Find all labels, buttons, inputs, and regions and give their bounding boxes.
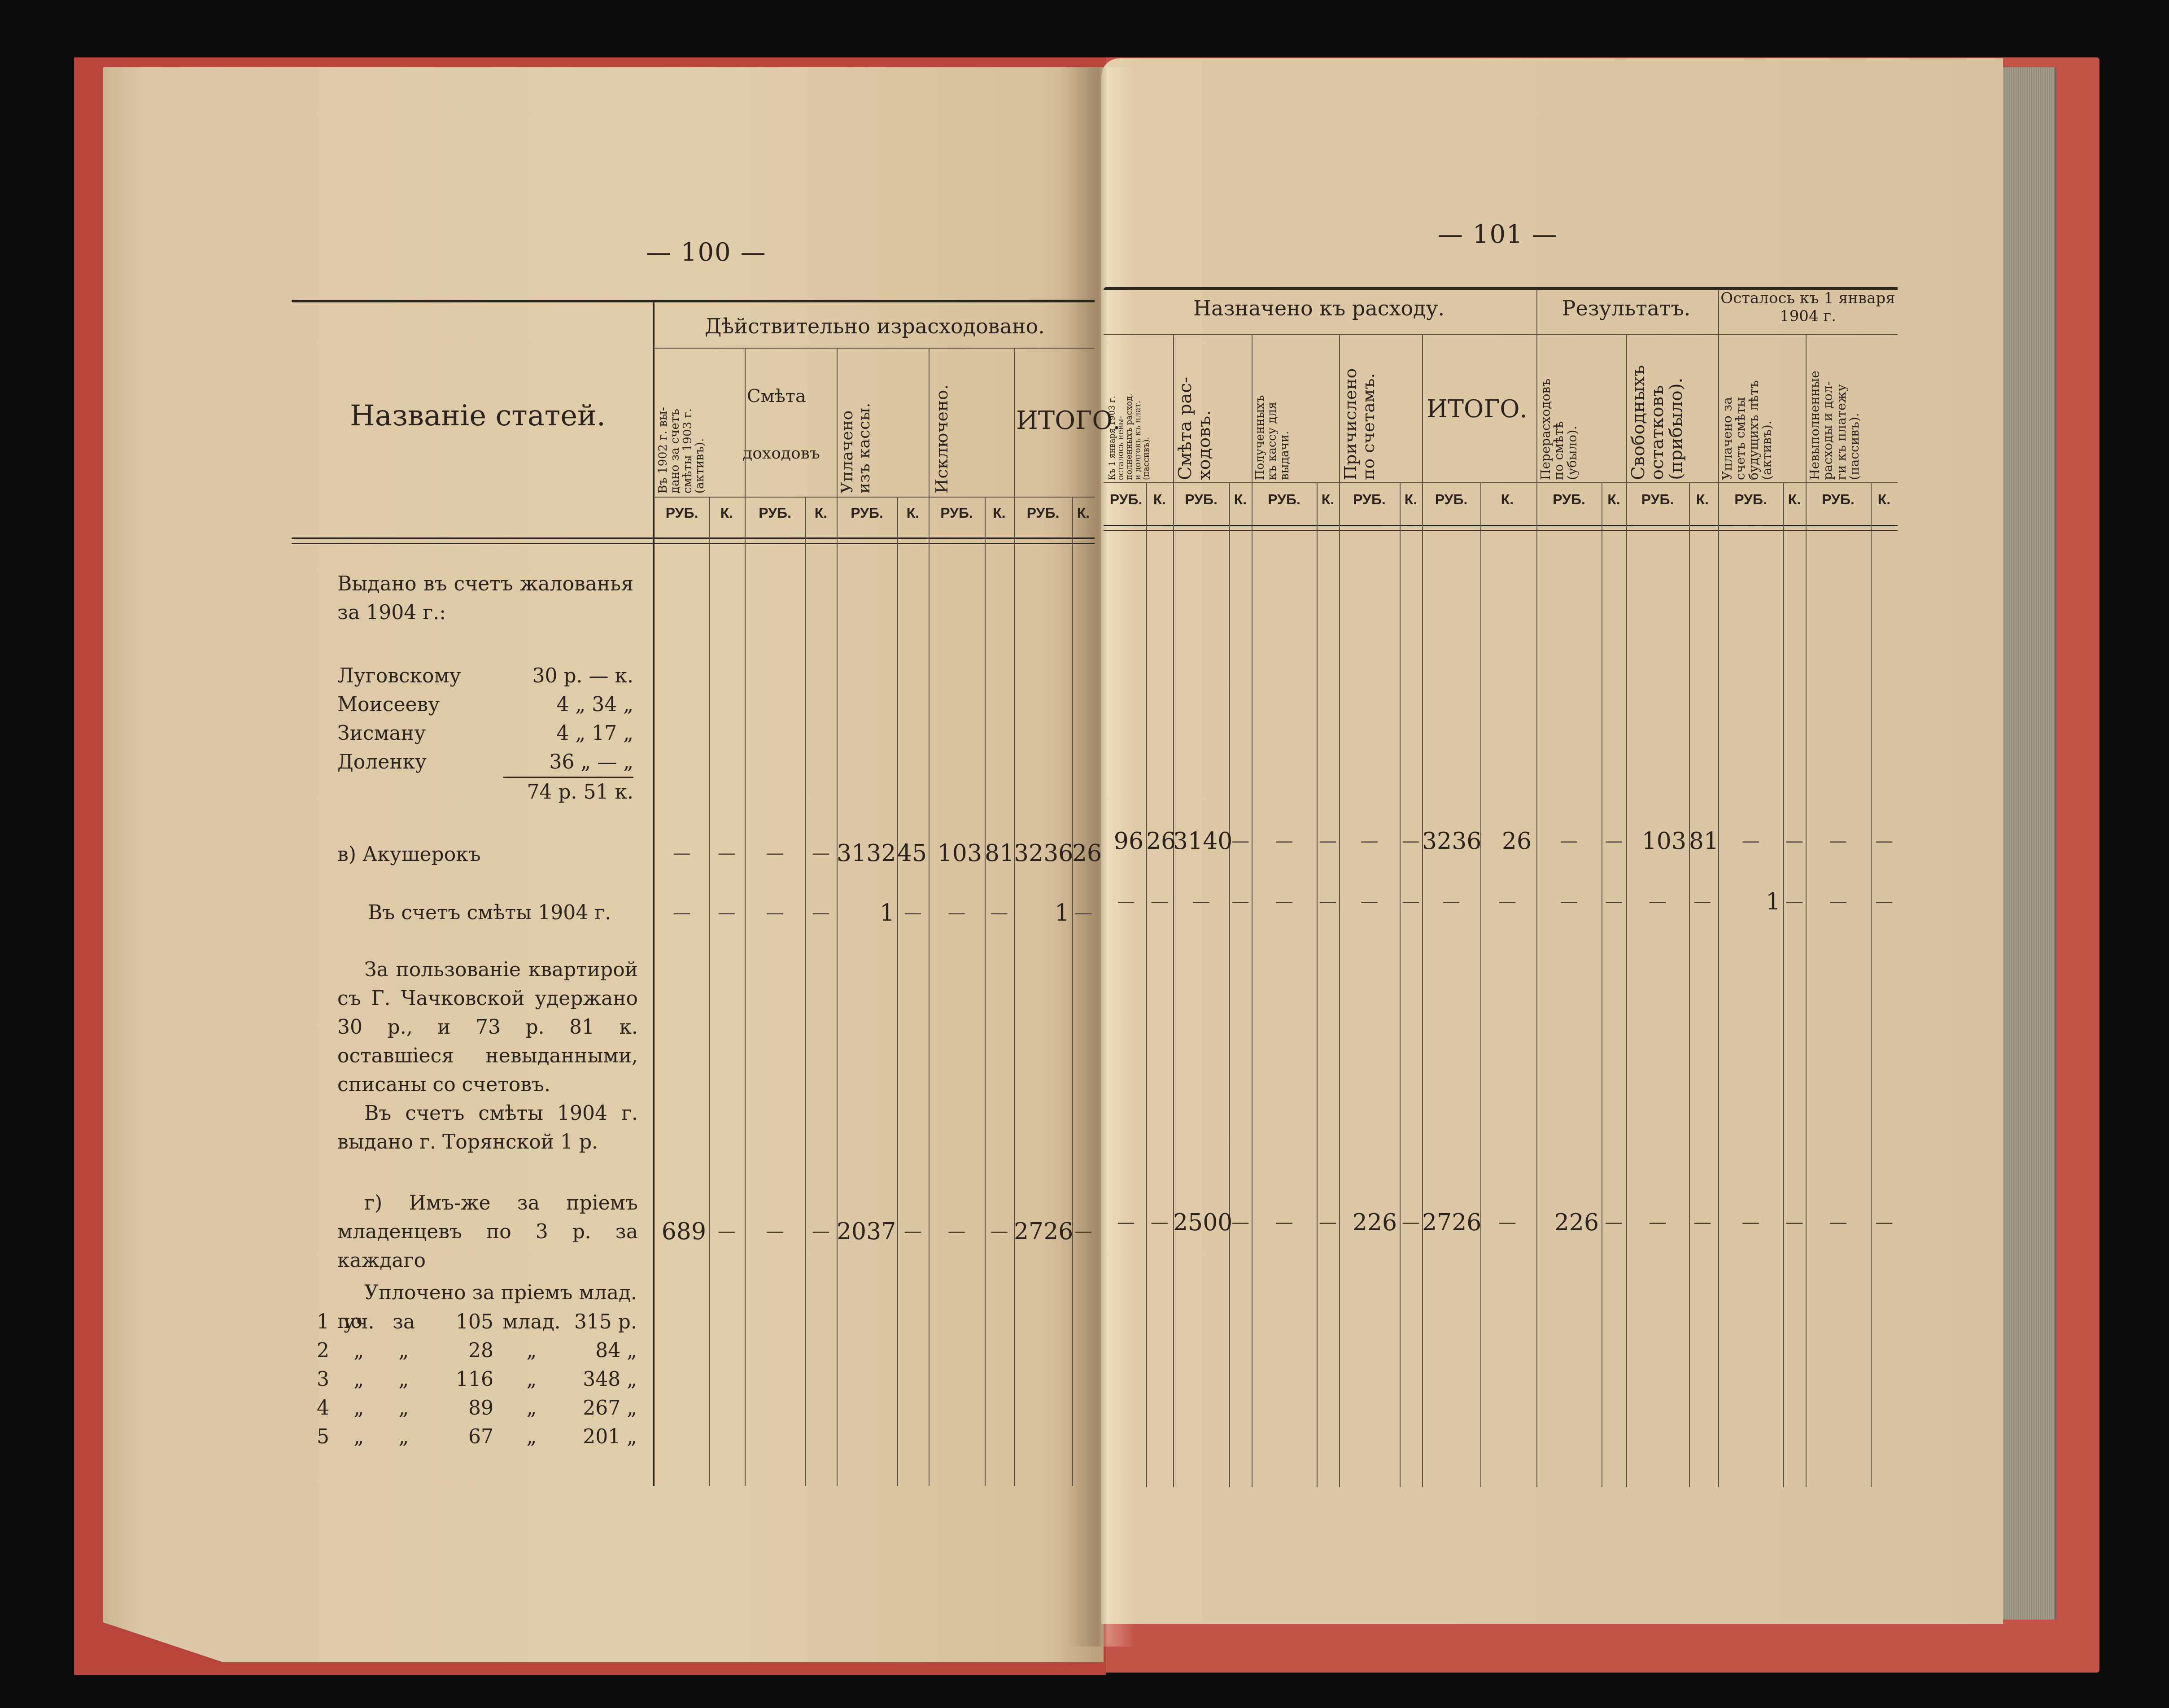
col-header-uplacheno: Уплачено изъ кассы. xyxy=(839,359,888,494)
table-cell-empty: — xyxy=(655,843,709,863)
unit-rub: РУБ. xyxy=(1718,491,1783,508)
table-cell: 103 xyxy=(1626,828,1686,855)
table-cell-empty: — xyxy=(745,1221,805,1241)
group-header-rezultat: Результатъ. xyxy=(1536,296,1716,320)
left-header-rule-1 xyxy=(292,537,1095,539)
uchastok-cell: „ xyxy=(336,1394,381,1423)
table-cell-empty: — xyxy=(985,1221,1014,1241)
uchastok-cell: „ xyxy=(336,1423,381,1451)
table-cell-empty: — xyxy=(1806,830,1871,851)
uchastok-row: 1уч.за105млад.315 р. xyxy=(310,1308,637,1337)
table-cell: 3236 xyxy=(1014,840,1069,867)
left-group-header: Дѣйствительно израсходовано. xyxy=(655,314,1095,338)
uchastok-cell: 3 xyxy=(310,1365,336,1394)
table-cell: 103 xyxy=(929,840,982,867)
table-cell-empty: — xyxy=(1718,830,1783,851)
table-cell-empty: — xyxy=(1871,830,1898,851)
uchastok-cell: 267 „ xyxy=(570,1394,637,1423)
group-header-ostalos: Осталось къ 1 января 1904 г. xyxy=(1718,289,1898,325)
left-top-rule xyxy=(292,300,1095,302)
table-cell-empty: — xyxy=(1871,891,1898,912)
page-number-right: — 101 — xyxy=(1438,220,1558,249)
uchastok-cell: 4 xyxy=(310,1394,336,1423)
table-cell-empty: — xyxy=(929,902,985,923)
table-cell-empty: — xyxy=(805,902,837,923)
unit-kop: К. xyxy=(709,505,745,521)
table-cell-empty: — xyxy=(1252,891,1317,912)
uchastok-cell: „ xyxy=(493,1394,570,1423)
right-header-rule-1 xyxy=(1104,525,1898,526)
uchastok-cell: 89 xyxy=(426,1394,493,1423)
table-cell: 3236 xyxy=(1422,828,1478,855)
table-cell-empty: — xyxy=(1339,830,1400,851)
left-col-kop-divider xyxy=(985,497,986,1486)
unit-kop: К. xyxy=(1602,491,1626,508)
table-cell-empty: — xyxy=(1783,830,1806,851)
table-cell: 3140 xyxy=(1173,828,1226,855)
table-cell-empty: — xyxy=(1072,902,1095,923)
table-cell: 689 xyxy=(655,1218,706,1245)
right-col-kop-divider xyxy=(1689,482,1690,1487)
right-col-kop-divider xyxy=(1783,482,1784,1487)
table-cell-empty: — xyxy=(1339,891,1400,912)
table-cell-empty: — xyxy=(1689,1212,1716,1232)
uchastok-cell: „ xyxy=(336,1337,381,1365)
toryanskaya-note: Въ счетъ смѣты 1904 г. выдано г. Торянск… xyxy=(337,1099,638,1157)
table-cell-empty: — xyxy=(1536,830,1602,851)
table-cell: 81 xyxy=(985,840,1011,867)
table-cell-empty: — xyxy=(1252,830,1317,851)
unit-kop: К. xyxy=(805,505,837,521)
uchastok-cell: 315 р. xyxy=(570,1308,637,1337)
table-cell-empty: — xyxy=(1480,891,1534,912)
left-unit-line xyxy=(655,497,1095,498)
table-cell-empty: — xyxy=(897,902,929,923)
salary-list: Луговскому30 р. — к. Моисееву4 „ 34 „ Зи… xyxy=(337,662,633,807)
right-col-kop-divider xyxy=(1229,482,1230,1487)
table-cell-empty: — xyxy=(929,1221,985,1241)
col-header-itogo-right: ИТОГО. xyxy=(1427,395,1527,423)
unit-rub: РУБ. xyxy=(745,505,805,521)
table-cell-empty: — xyxy=(1106,891,1146,912)
table-cell: 96 xyxy=(1106,828,1143,855)
col-header-isklyucheno: Исключено. xyxy=(933,359,969,494)
unit-rub: РУБ. xyxy=(1106,491,1146,508)
table-cell-empty: — xyxy=(1871,1212,1898,1232)
uchastok-cell: „ xyxy=(381,1365,426,1394)
salary-amount: 4 „ 34 „ xyxy=(556,690,633,719)
unit-kop: К. xyxy=(1146,491,1173,508)
uchastok-cell: 348 „ xyxy=(570,1365,637,1394)
right-unit-line xyxy=(1104,482,1898,483)
uchastok-cell: 5 xyxy=(310,1423,336,1451)
unit-rub: РУБ. xyxy=(1339,491,1400,508)
table-cell: 26 xyxy=(1072,840,1092,867)
table-cell: 1 xyxy=(837,900,895,926)
table-cell-empty: — xyxy=(745,843,805,863)
table-cell-empty: — xyxy=(1252,1212,1317,1232)
right-col-kop-divider xyxy=(1602,482,1602,1487)
unit-kop: К. xyxy=(1072,505,1095,521)
table-cell-empty: — xyxy=(985,902,1014,923)
salary-total: 74 р. 51 к. xyxy=(337,778,633,807)
right-col-kop-divider xyxy=(1480,482,1481,1487)
table-cell-empty: — xyxy=(1173,891,1229,912)
uchastok-cell: млад. xyxy=(493,1308,570,1337)
unit-rub: РУБ. xyxy=(1252,491,1317,508)
table-cell: 2726 xyxy=(1422,1209,1478,1236)
left-header-rule-2 xyxy=(292,543,1095,544)
uchastok-cell: 201 „ xyxy=(570,1423,637,1451)
left-group-underline xyxy=(655,348,1095,349)
table-cell-empty: — xyxy=(1400,891,1422,912)
uchastok-cell: уч. xyxy=(336,1308,381,1337)
table-cell: 26 xyxy=(1146,828,1170,855)
table-cell-empty: — xyxy=(1229,891,1252,912)
table-cell-empty: — xyxy=(1602,1212,1626,1232)
right-col-header: Невыполненные расходы и дол- ги къ плате… xyxy=(1808,345,1895,480)
uchastok-cell: „ xyxy=(381,1423,426,1451)
left-col-kop-divider xyxy=(897,497,898,1486)
name-column-header: Названіе статей. xyxy=(350,399,606,432)
table-cell-empty: — xyxy=(1806,1212,1871,1232)
akusherok-label: в) Акушерокъ xyxy=(337,840,481,869)
table-cell-empty: — xyxy=(1422,891,1480,912)
right-col-header: Причислено по счетамъ. xyxy=(1342,345,1419,480)
kvartira-note: За пользованіе квартирой съ Г. Чачковско… xyxy=(337,956,638,1099)
table-cell-empty: — xyxy=(1229,830,1252,851)
table-cell-empty: — xyxy=(1146,891,1173,912)
unit-kop: К. xyxy=(985,505,1014,521)
right-col-header: Смѣта рас- ходовъ. xyxy=(1176,345,1249,480)
unit-rub: РУБ. xyxy=(1173,491,1229,508)
unit-rub: РУБ. xyxy=(1536,491,1602,508)
unit-kop: К. xyxy=(1689,491,1716,508)
table-cell-empty: — xyxy=(1626,1212,1689,1232)
table-cell: 81 xyxy=(1689,828,1713,855)
uchastok-cell: „ xyxy=(493,1337,570,1365)
unit-kop: К. xyxy=(897,505,929,521)
uchastok-cell: „ xyxy=(493,1423,570,1451)
table-cell-empty: — xyxy=(1400,830,1422,851)
page-number-left: — 100 — xyxy=(646,238,767,267)
left-col-kop-divider xyxy=(805,497,806,1486)
table-cell-empty: — xyxy=(1229,1212,1252,1232)
salary-name-dolenku: Доленку xyxy=(337,748,427,777)
uchastok-cell: 2 xyxy=(310,1337,336,1365)
table-cell-empty: — xyxy=(1783,891,1806,912)
table-cell-empty: — xyxy=(1718,1212,1783,1232)
table-cell-empty: — xyxy=(1689,891,1716,912)
salary-intro: Выдано въ счетъ жалованья за 1904 г.: xyxy=(337,570,633,627)
table-cell: 226 xyxy=(1536,1209,1599,1236)
table-cell-empty: — xyxy=(1480,1212,1534,1232)
table-cell: 26 xyxy=(1480,828,1532,855)
unit-kop: К. xyxy=(1480,491,1534,508)
right-col-kop-divider xyxy=(1317,482,1318,1487)
right-col-kop-divider xyxy=(1400,482,1401,1487)
table-cell-empty: — xyxy=(1536,891,1602,912)
unit-rub: РУБ. xyxy=(1014,505,1072,521)
right-col-kop-divider xyxy=(1146,482,1147,1487)
unit-rub: РУБ. xyxy=(929,505,985,521)
table-cell-empty: — xyxy=(1317,830,1339,851)
left-col-kop-divider xyxy=(709,497,710,1486)
salary-amount: 4 „ 17 „ xyxy=(556,719,633,748)
table-cell-empty: — xyxy=(897,1221,929,1241)
uchastki-table: 1уч.за105млад.315 р.2„„28„84 „3„„116„348… xyxy=(310,1308,637,1451)
group-header-naznacheno: Назначено къ расходу. xyxy=(1104,296,1534,320)
unit-rub: РУБ. xyxy=(655,505,709,521)
right-group-underline xyxy=(1104,334,1898,335)
table-cell: 1 xyxy=(1014,900,1069,926)
table-cell-empty: — xyxy=(1806,891,1871,912)
table-cell-empty: — xyxy=(1146,1212,1173,1232)
table-cell-empty: — xyxy=(805,1221,837,1241)
table-cell: 2500 xyxy=(1173,1209,1226,1236)
unit-rub: РУБ. xyxy=(1806,491,1871,508)
uchastok-cell: 67 xyxy=(426,1423,493,1451)
salary-name: Моисееву xyxy=(337,690,440,719)
unit-rub: РУБ. xyxy=(1422,491,1480,508)
uchastok-cell: 28 xyxy=(426,1337,493,1365)
col-header-1902: Въ 1902 г. вы- дано за счетъ смѣты 1903 … xyxy=(657,359,707,494)
salary-amount: 36 „ — „ xyxy=(549,748,633,777)
uchastok-cell: „ xyxy=(493,1365,570,1394)
table-cell: 2037 xyxy=(837,1218,895,1245)
uchastok-row: 2„„28„84 „ xyxy=(310,1337,637,1365)
table-cell-empty: — xyxy=(1400,1212,1422,1232)
unit-kop: К. xyxy=(1783,491,1806,508)
table-cell: 226 xyxy=(1339,1209,1397,1236)
table-cell: 2726 xyxy=(1014,1218,1069,1245)
left-name-divider xyxy=(653,301,655,1486)
uchastok-cell: 105 xyxy=(426,1308,493,1337)
table-cell: 1 xyxy=(1718,888,1781,915)
uchastok-row: 5„„67„201 „ xyxy=(310,1423,637,1451)
col-header-itogo-left: ИТОГО. xyxy=(1016,406,1121,435)
table-cell-empty: — xyxy=(745,902,805,923)
right-col-kop-divider xyxy=(1871,482,1872,1487)
uchastok-cell: 84 „ xyxy=(570,1337,637,1365)
table-cell-empty: — xyxy=(1317,891,1339,912)
table-cell-empty: — xyxy=(805,843,837,863)
table-cell-empty: — xyxy=(1072,1221,1095,1241)
mladency-label: г) Имъ-же за пріемъ младенцевъ по 3 р. з… xyxy=(337,1189,638,1275)
table-cell-empty: — xyxy=(709,1221,745,1241)
table-cell-empty: — xyxy=(1106,1212,1146,1232)
left-col-kop-divider xyxy=(1072,497,1073,1486)
uchastok-cell: „ xyxy=(381,1394,426,1423)
uchastok-row: 3„„116„348 „ xyxy=(310,1365,637,1394)
unit-rub: РУБ. xyxy=(1626,491,1689,508)
table-cell-empty: — xyxy=(1317,1212,1339,1232)
v-schet-smety-label: Въ счетъ смѣты 1904 г. xyxy=(368,899,611,927)
table-cell-empty: — xyxy=(655,902,709,923)
table-cell-empty: — xyxy=(709,843,745,863)
table-cell: 45 xyxy=(897,840,926,867)
uchastok-cell: „ xyxy=(336,1365,381,1394)
right-col-divider xyxy=(1536,289,1537,1487)
table-cell-empty: — xyxy=(1783,1212,1806,1232)
salary-name: Луговскому xyxy=(337,662,461,690)
col-header-smeta-top: Смѣта xyxy=(747,386,806,406)
unit-kop: К. xyxy=(1229,491,1252,508)
salary-amount: 30 р. — к. xyxy=(532,662,633,690)
salary-name: Зисману xyxy=(337,719,426,748)
table-cell-empty: — xyxy=(1602,830,1626,851)
right-col-header: Полученныхъ къ кассу для выдачи. xyxy=(1254,345,1336,480)
table-cell-empty: — xyxy=(709,902,745,923)
unit-kop: К. xyxy=(1400,491,1422,508)
table-cell: 3132 xyxy=(837,840,895,867)
right-col-header: Перерасходовъ по смѣтѣ (убыло). xyxy=(1539,345,1623,480)
uchastok-cell: 1 xyxy=(310,1308,336,1337)
uchastok-row: 4„„89„267 „ xyxy=(310,1394,637,1423)
right-col-header: Къ 1 января 1903 г. осталось невы- полне… xyxy=(1109,345,1170,480)
right-col-header: Уплачено за счетъ смѣты будущихъ лѣтъ (а… xyxy=(1721,345,1803,480)
unit-kop: К. xyxy=(1871,491,1898,508)
right-col-header: Свободныхъ остатковъ (прибыло). xyxy=(1629,345,1713,480)
table-cell-empty: — xyxy=(1602,891,1626,912)
right-header-rule-2 xyxy=(1104,530,1898,531)
uchastok-cell: 116 xyxy=(426,1365,493,1394)
uchastok-cell: „ xyxy=(381,1337,426,1365)
unit-rub: РУБ. xyxy=(837,505,897,521)
uchastok-cell: за xyxy=(381,1308,426,1337)
page-edges xyxy=(2001,67,2056,1620)
table-cell-empty: — xyxy=(1626,891,1689,912)
unit-kop: К. xyxy=(1317,491,1339,508)
col-header-smeta-bottom: доходовъ xyxy=(742,444,820,463)
